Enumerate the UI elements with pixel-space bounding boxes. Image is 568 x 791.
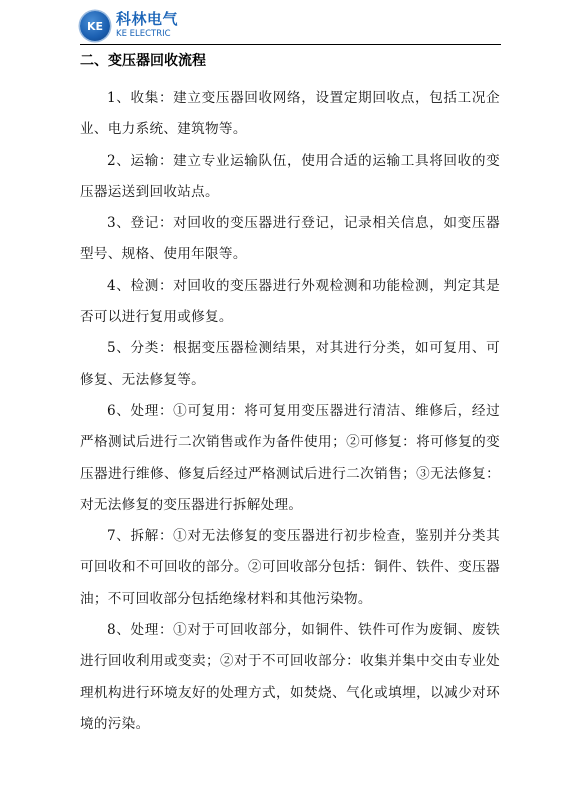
paragraph-step-4: 4、检测：对回收的变压器进行外观检测和功能检测，判定其是否可以进行复用或修复。 — [80, 271, 500, 334]
paragraph-step-8: 8、处理：①对于可回收部分，如铜件、铁件可作为废铜、废铁进行回收利用或变卖；②对… — [80, 615, 500, 740]
page-header: KE 科林电气 KE ELECTRIC — [80, 8, 501, 44]
document-body: 1、收集：建立变压器回收网络，设置定期回收点，包括工况企业、电力系统、建筑物等。… — [80, 83, 500, 740]
logo-mark-text: KE — [87, 21, 103, 32]
section-title: 二、变压器回收流程 — [80, 51, 206, 71]
paragraph-step-7: 7、拆解：①对无法修复的变压器进行初步检查，鉴别并分类其可回收和不可回收的部分。… — [80, 521, 500, 615]
ke-logo-icon: KE — [80, 11, 110, 41]
paragraph-step-2: 2、运输：建立专业运输队伍，使用合适的运输工具将回收的变压器运送到回收站点。 — [80, 146, 500, 209]
brand-name-chinese: 科林电气 — [116, 10, 178, 28]
header-divider — [80, 44, 501, 45]
paragraph-step-1: 1、收集：建立变压器回收网络，设置定期回收点，包括工况企业、电力系统、建筑物等。 — [80, 83, 500, 146]
paragraph-step-3: 3、登记：对回收的变压器进行登记，记录相关信息，如变压器型号、规格、使用年限等。 — [80, 208, 500, 271]
brand-name-english: KE ELECTRIC — [116, 29, 171, 39]
paragraph-step-6: 6、处理：①可复用：将可复用变压器进行清洁、维修后，经过严格测试后进行二次销售或… — [80, 396, 500, 521]
paragraph-step-5: 5、分类：根据变压器检测结果，对其进行分类，如可复用、可修复、无法修复等。 — [80, 333, 500, 396]
